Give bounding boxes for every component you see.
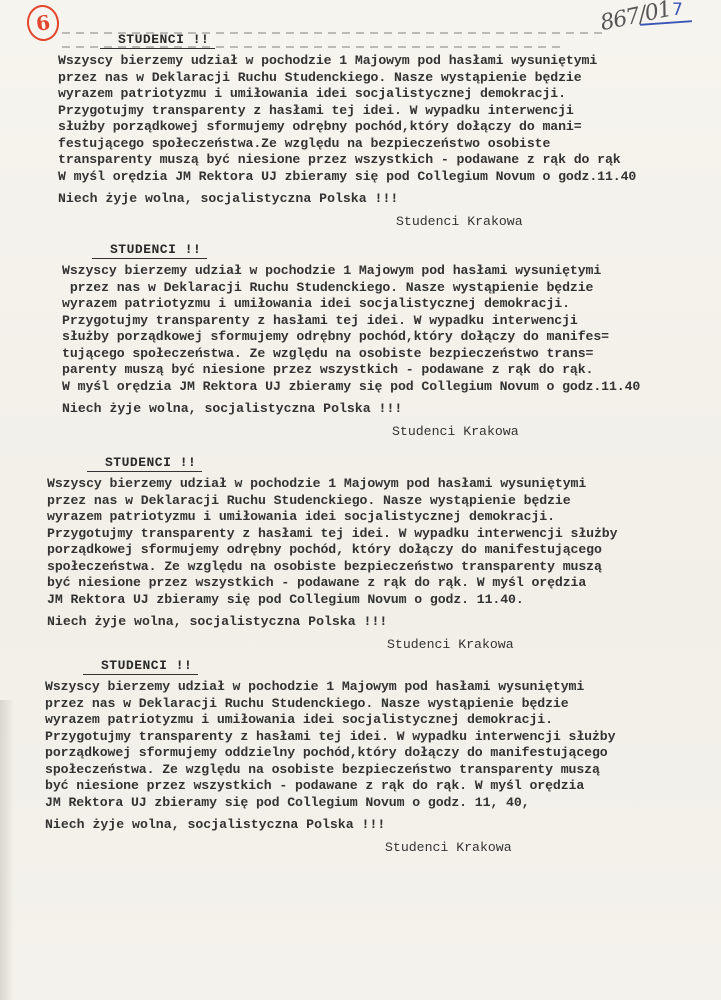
text-line: Przygotujmy transparenty z hasłami tej i… (62, 313, 640, 330)
text-line: porządkowej sformujemy oddzielny pochód,… (45, 745, 615, 762)
text-line: W myśl orędzia JM Rektora UJ zbieramy si… (62, 379, 640, 396)
leaflet-body: Wszyscy bierzemy udział w pochodzie 1 Ma… (62, 263, 640, 395)
text-line: Przygotujmy transparenty z hasłami tej i… (58, 103, 636, 120)
text-line: służby porządkowej sformujemy odrębny po… (62, 329, 640, 346)
text-line: W myśl orędzia JM Rektora UJ zbieramy si… (58, 169, 636, 186)
leaflet-body: Wszyscy bierzemy udział w pochodzie 1 Ma… (47, 476, 617, 608)
leaflet-slogan: Niech żyje wolna, socjalistyczna Polska … (47, 614, 617, 629)
text-line: Wszyscy bierzemy udział w pochodzie 1 Ma… (58, 53, 636, 70)
text-line: przez nas w Deklaracji Ruchu Studenckieg… (47, 493, 617, 510)
leaflet-slogan: Niech żyje wolna, socjalistyczna Polska … (45, 817, 615, 832)
leaflet-slogan: Niech żyje wolna, socjalistyczna Polska … (62, 401, 640, 416)
text-line: być niesione przez wszystkich - podawane… (45, 778, 615, 795)
leaflet-heading: STUDENCI !! (87, 455, 202, 472)
text-line: społeczeństwa. Ze względu na osobiste be… (45, 762, 615, 779)
leaflet-slogan: Niech żyje wolna, socjalistyczna Polska … (58, 191, 636, 206)
text-line: Wszyscy bierzemy udział w pochodzie 1 Ma… (47, 476, 617, 493)
text-line: służby porządkowej sformujemy odrębny po… (58, 119, 636, 136)
leaflet-signature: Studenci Krakowa (392, 424, 640, 439)
text-line: Wszyscy bierzemy udział w pochodzie 1 Ma… (62, 263, 640, 280)
leaflet-signature: Studenci Krakowa (387, 637, 617, 652)
text-line: przez nas w Deklaracji Ruchu Studenckieg… (58, 70, 636, 87)
leaflet-body: Wszyscy bierzemy udział w pochodzie 1 Ma… (45, 679, 615, 811)
red-circled-number-stamp: 6 (25, 3, 62, 43)
text-line: transparenty muszą być niesione przez ws… (58, 152, 636, 169)
leaflet-heading: STUDENCI !! (83, 658, 198, 675)
text-line: przez nas w Deklaracji Ruchu Studenckieg… (62, 280, 640, 297)
leaflet-signature: Studenci Krakowa (385, 840, 615, 855)
text-line: Przygotujmy transparenty z hasłami tej i… (47, 526, 617, 543)
text-line: być niesione przez wszystkich - podawane… (47, 575, 617, 592)
text-line: wyrazem patriotyzmu i umiłowania idei so… (45, 712, 615, 729)
text-line: porządkowej sformujemy odrębny pochód, k… (47, 542, 617, 559)
leaflet-signature: Studenci Krakowa (396, 214, 636, 229)
leaflet-heading: STUDENCI !! (92, 242, 207, 259)
leaflet-heading: STUDENCI !! (100, 32, 215, 49)
text-line: JM Rektora UJ zbieramy się pod Collegium… (47, 592, 617, 609)
text-line: społeczeństwa. Ze względu na osobiste be… (47, 559, 617, 576)
leaflet-3: STUDENCI !! Wszyscy bierzemy udział w po… (47, 453, 617, 652)
text-line: wyrazem patriotyzmu i umiłowania idei so… (62, 296, 640, 313)
document-page: 6 867/01 7 STUDENCI !! Wszyscy bierzemy … (0, 0, 721, 1000)
leaflet-2: STUDENCI !! Wszyscy bierzemy udział w po… (62, 240, 640, 439)
handwritten-page-number: 7 (672, 0, 683, 20)
text-line: wyrazem patriotyzmu i umiłowania idei so… (47, 509, 617, 526)
leaflet-1: STUDENCI !! Wszyscy bierzemy udział w po… (58, 30, 636, 229)
stamp-number: 6 (34, 10, 51, 36)
text-line: Przygotujmy transparenty z hasłami tej i… (45, 729, 615, 746)
text-line: festującego społeczeństwa.Ze względu na … (58, 136, 636, 153)
text-line: przez nas w Deklaracji Ruchu Studenckieg… (45, 696, 615, 713)
text-line: Wszyscy bierzemy udział w pochodzie 1 Ma… (45, 679, 615, 696)
text-line: JM Rektora UJ zbieramy się pod Collegium… (45, 795, 615, 812)
text-line: tującego społeczeństwa. Ze względu na os… (62, 346, 640, 363)
text-line: wyrazem patriotyzmu i umiłowania idei so… (58, 86, 636, 103)
leaflet-4: STUDENCI !! Wszyscy bierzemy udział w po… (45, 656, 615, 855)
leaflet-body: Wszyscy bierzemy udział w pochodzie 1 Ma… (58, 53, 636, 185)
text-line: parenty muszą być niesione przez wszystk… (62, 362, 640, 379)
